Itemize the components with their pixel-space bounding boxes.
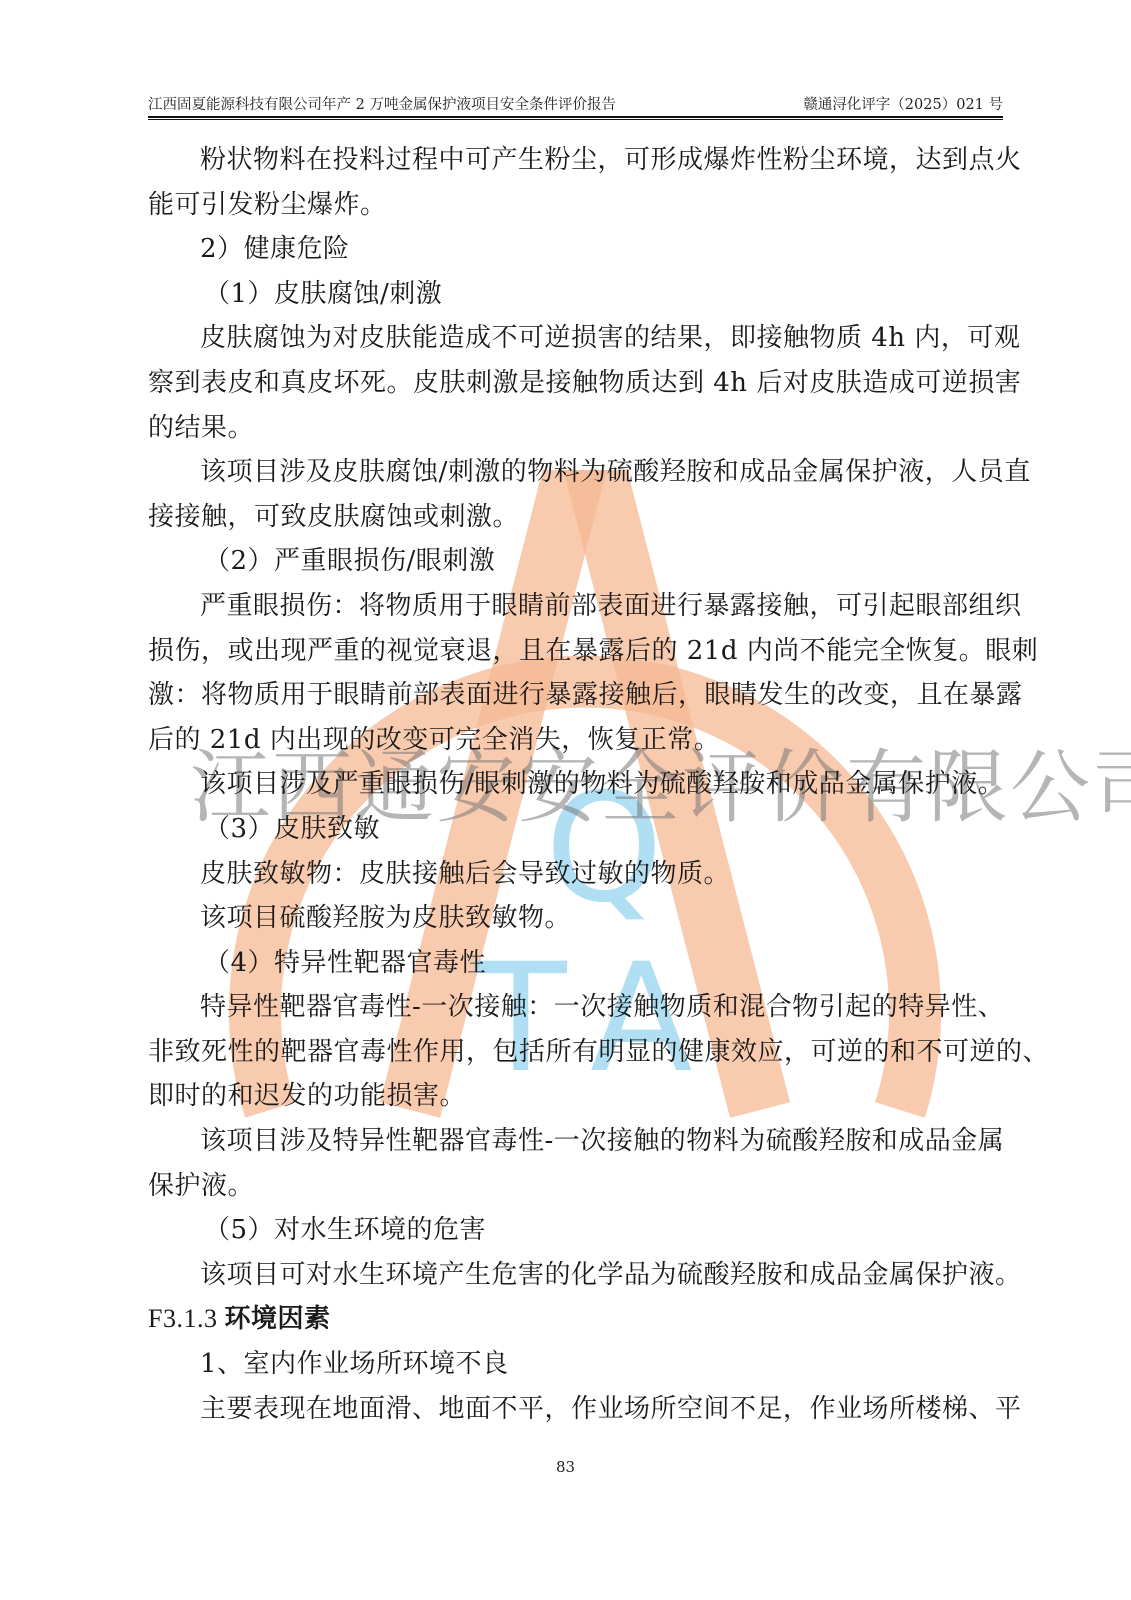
subheading-skin-corrosion: （1）皮肤腐蚀/刺激 [148,272,1004,317]
paragraph-line: 接接触，可致皮肤腐蚀或刺激。 [148,495,1004,540]
paragraph-line: 严重眼损伤：将物质用于眼睛前部表面进行暴露接触，可引起眼部组织 [148,584,1004,629]
paragraph-line: 主要表现在地面滑、地面不平，作业场所空间不足，作业场所楼梯、平 [148,1387,1004,1432]
paragraph-line: 该项目可对水生环境产生危害的化学品为硫酸羟胺和成品金属保护液。 [148,1253,1004,1298]
page-header: 江西固夏能源科技有限公司年产 2 万吨金属保护液项目安全条件评价报告 赣通浔化评… [148,92,1003,114]
header-rule-thin [148,119,1003,120]
document-body: 粉状物料在投料过程中可产生粉尘，可形成爆炸性粉尘环境，达到点火 能可引发粉尘爆炸… [148,138,1004,1431]
paragraph-line: 即时的和迟发的功能损害。 [148,1074,1004,1119]
section-title: 环境因素 [224,1304,330,1334]
paragraph-line: 皮肤致敏物：皮肤接触后会导致过敏的物质。 [148,852,1004,897]
paragraph-line: 该项目涉及严重眼损伤/眼刺激的物料为硫酸羟胺和成品金属保护液。 [148,762,1004,807]
paragraph-line: 损伤，或出现严重的视觉衰退，且在暴露后的 21d 内尚不能完全恢复。眼刺 [148,629,1004,674]
section-heading: F3.1.3 环境因素 [148,1297,1004,1342]
paragraph-line: 能可引发粉尘爆炸。 [148,183,1004,228]
paragraph-line: 皮肤腐蚀为对皮肤能造成不可逆损害的结果，即接触物质 4h 内，可观 [148,316,1004,361]
paragraph-line: 该项目硫酸羟胺为皮肤致敏物。 [148,896,1004,941]
paragraph-line: 该项目涉及皮肤腐蚀/刺激的物料为硫酸羟胺和成品金属保护液，人员直 [148,450,1004,495]
paragraph-line: 激：将物质用于眼睛前部表面进行暴露接触后，眼睛发生的改变，且在暴露 [148,673,1004,718]
subheading-target-organ-toxicity: （4）特异性靶器官毒性 [148,941,1004,986]
paragraph-line: 特异性靶器官毒性-一次接触：一次接触物质和混合物引起的特异性、 [148,985,1004,1030]
header-report-title: 江西固夏能源科技有限公司年产 2 万吨金属保护液项目安全条件评价报告 [148,93,616,114]
header-report-number: 赣通浔化评字（2025）021 号 [803,93,1003,114]
paragraph-line: 保护液。 [148,1164,1004,1209]
paragraph-line: 该项目涉及特异性靶器官毒性-一次接触的物料为硫酸羟胺和成品金属 [148,1119,1004,1164]
paragraph-line: 非致死性的靶器官毒性作用，包括所有明显的健康效应，可逆的和不可逆的、 [148,1030,1004,1075]
paragraph-line: 察到表皮和真皮坏死。皮肤刺激是接触物质达到 4h 后对皮肤造成可逆损害 [148,361,1004,406]
header-rule [148,116,1003,118]
subheading-indoor-environment: 1、室内作业场所环境不良 [148,1342,1004,1387]
subheading-skin-sensitization: （3）皮肤致敏 [148,807,1004,852]
section-number: F3.1.3 [148,1304,217,1333]
page-number: 83 [0,1458,1131,1476]
subheading-aquatic-hazard: （5）对水生环境的危害 [148,1208,1004,1253]
subheading-health-hazards: 2）健康危险 [148,227,1004,272]
paragraph-line: 粉状物料在投料过程中可产生粉尘，可形成爆炸性粉尘环境，达到点火 [148,138,1004,183]
subheading-eye-damage: （2）严重眼损伤/眼刺激 [148,539,1004,584]
paragraph-line: 的结果。 [148,406,1004,451]
paragraph-line: 后的 21d 内出现的改变可完全消失，恢复正常。 [148,718,1004,763]
